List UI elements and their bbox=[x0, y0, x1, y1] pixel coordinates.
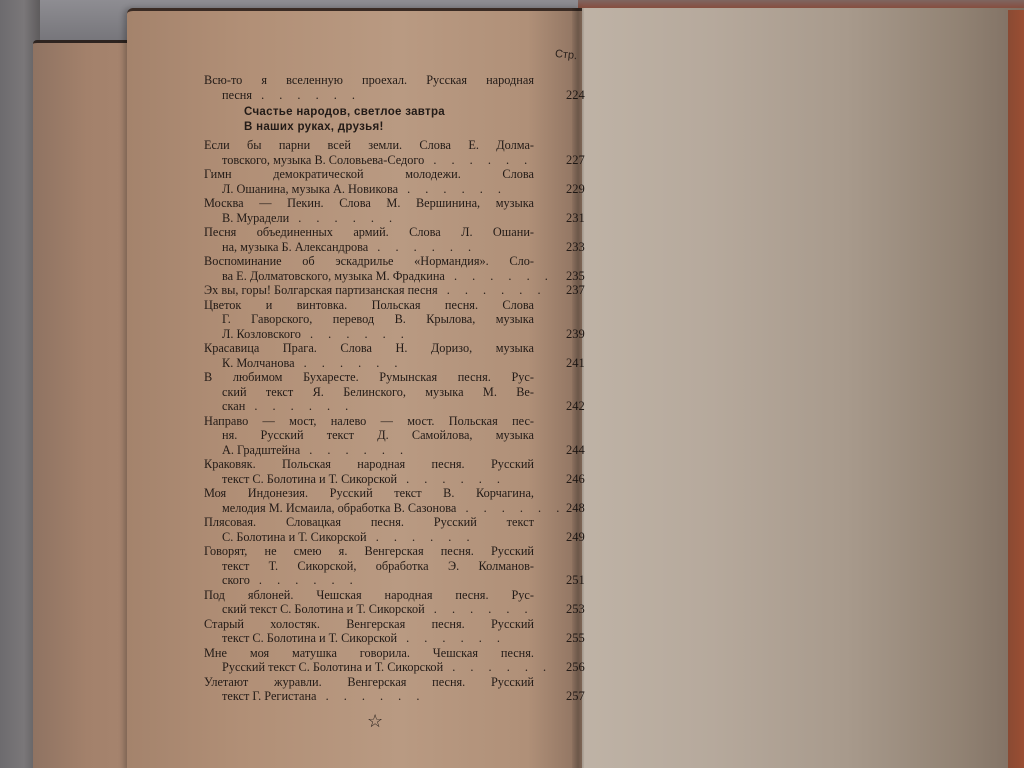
toc-entry-line: текст Т. Сикорской, обработка Э. Колмано… bbox=[204, 559, 534, 574]
toc-entry: Говорят, не смею я. Венгерская песня. Ру… bbox=[204, 544, 534, 588]
toc-entry-line: Цветок и винтовка. Польская песня. Слова bbox=[204, 298, 534, 313]
toc-entry-line: Красавица Прага. Слова Н. Доризо, музыка bbox=[204, 341, 534, 356]
toc-entry: Моя Индонезия. Русский текст В. Корчагин… bbox=[204, 486, 534, 515]
toc-entry: Мне моя матушка говорила. Чешская песня.… bbox=[204, 646, 534, 675]
toc-entry-line: текст С. Болотина и Т. Сикорской . . . .… bbox=[204, 631, 534, 646]
leader-dots: . . . . . . bbox=[245, 399, 354, 413]
toc-entry-line: Песня объединенных армий. Слова Л. Ошани… bbox=[204, 225, 534, 240]
toc-entry: Гимн демократической молодежи. СловаЛ. О… bbox=[204, 167, 534, 196]
toc-entry: Если бы парни всей земли. Слова Е. Долма… bbox=[204, 138, 534, 167]
leader-dots: . . . . . . bbox=[445, 269, 554, 283]
toc-entry: Красавица Прага. Слова Н. Доризо, музыка… bbox=[204, 341, 534, 370]
toc-entry-line: ский текст С. Болотина и Т. Сикорской . … bbox=[204, 602, 534, 617]
toc-entry-line: Воспоминание об эскадрилье «Нормандия». … bbox=[204, 254, 534, 269]
toc-entry: Под яблоней. Чешская народная песня. Рус… bbox=[204, 588, 534, 617]
toc-entry-line: на, музыка Б. Александрова . . . . . . bbox=[204, 240, 534, 255]
toc-entry: Всю-то я вселенную проехал. Русская наро… bbox=[204, 73, 534, 102]
toc-entry: Москва — Пекин. Слова М. Вершинина, музы… bbox=[204, 196, 534, 225]
leader-dots: . . . . . . bbox=[443, 660, 552, 674]
toc-entry-line: Л. Козловского . . . . . . bbox=[204, 327, 534, 342]
leader-dots: . . . . . . bbox=[367, 530, 476, 544]
leader-dots: . . . . . . bbox=[289, 211, 398, 225]
toc-entry-line: мелодия М. Исмаила, обработка В. Сазонов… bbox=[204, 501, 534, 516]
toc-entry-line: ня. Русский текст Д. Самойлова, музыка bbox=[204, 428, 534, 443]
toc-entry-line: Мне моя матушка говорила. Чешская песня. bbox=[204, 646, 534, 661]
toc-entry: Воспоминание об эскадрилье «Нормандия». … bbox=[204, 254, 534, 283]
toc-entry: Направо — мост, налево — мост. Польская … bbox=[204, 414, 534, 458]
toc-entry: Цветок и винтовка. Польская песня. Слова… bbox=[204, 298, 534, 342]
leader-dots: . . . . . . bbox=[398, 182, 507, 196]
toc-entry: Улетают журавли. Венгерская песня. Русск… bbox=[204, 675, 534, 704]
toc-entry-line: скан . . . . . . bbox=[204, 399, 534, 414]
leader-dots: . . . . . . bbox=[368, 240, 477, 254]
toc-entry: В любимом Бухаресте. Румынская песня. Ру… bbox=[204, 370, 534, 414]
star-ornament-icon: ☆ bbox=[367, 711, 383, 732]
toc-entry-line: Эх вы, горы! Болгарская партизанская пес… bbox=[204, 283, 534, 298]
toc-entry-line: Если бы парни всей земли. Слова Е. Долма… bbox=[204, 138, 534, 153]
toc-entry-line: песня . . . . . . bbox=[204, 88, 534, 103]
toc-entries: Всю-то я вселенную проехал. Русская наро… bbox=[204, 73, 534, 704]
toc-entry-line: Москва — Пекин. Слова М. Вершинина, музы… bbox=[204, 196, 534, 211]
leader-dots: . . . . . . bbox=[295, 356, 404, 370]
toc-entry-line: Русский текст С. Болотина и Т. Сикорской… bbox=[204, 660, 534, 675]
toc-entry-line: Плясовая. Словацкая песня. Русский текст bbox=[204, 515, 534, 530]
toc-entry-line: Старый холостяк. Венгерская песня. Русск… bbox=[204, 617, 534, 632]
toc-entry-line: В. Мурадели . . . . . . bbox=[204, 211, 534, 226]
leader-dots: . . . . . . bbox=[424, 153, 533, 167]
spine-shadow bbox=[572, 8, 584, 768]
leader-dots: . . . . . . bbox=[438, 283, 547, 297]
toc-entry-line: Л. Ошанина, музыка А. Новикова . . . . .… bbox=[204, 182, 534, 197]
toc-entry-line: Улетают журавли. Венгерская песня. Русск… bbox=[204, 675, 534, 690]
leader-dots: . . . . . . bbox=[397, 631, 506, 645]
blank-facing-page bbox=[578, 8, 1024, 768]
leader-dots: . . . . . . bbox=[301, 327, 410, 341]
toc-entry-line: Г. Гаворского, перевод В. Крылова, музык… bbox=[204, 312, 534, 327]
leader-dots: . . . . . . bbox=[317, 689, 426, 703]
toc-entry-line: К. Молчанова . . . . . . bbox=[204, 356, 534, 371]
toc-entry: Старый холостяк. Венгерская песня. Русск… bbox=[204, 617, 534, 646]
section-subtitle: В наших руках, друзья! bbox=[204, 120, 534, 135]
leader-dots: . . . . . . bbox=[456, 501, 565, 515]
toc-entry-line: Под яблоней. Чешская народная песня. Рус… bbox=[204, 588, 534, 603]
leader-dots: . . . . . . bbox=[250, 573, 359, 587]
toc-entry-line: С. Болотина и Т. Сикорской . . . . . . bbox=[204, 530, 534, 545]
toc-entry-line: В любимом Бухаресте. Румынская песня. Ру… bbox=[204, 370, 534, 385]
toc-entry-line: Гимн демократической молодежи. Слова bbox=[204, 167, 534, 182]
toc-entry: Плясовая. Словацкая песня. Русский текст… bbox=[204, 515, 534, 544]
toc-entry-line: товского, музыка В. Соловьева-Седого . .… bbox=[204, 153, 534, 168]
toc-entry: Краковяк. Польская народная песня. Русск… bbox=[204, 457, 534, 486]
book-cover-edge-right bbox=[1008, 10, 1024, 768]
toc-entry-line: Направо — мост, налево — мост. Польская … bbox=[204, 414, 534, 429]
toc-entry-line: ский текст Я. Белинского, музыка М. Ве- bbox=[204, 385, 534, 400]
toc-entry-line: Моя Индонезия. Русский текст В. Корчагин… bbox=[204, 486, 534, 501]
toc-entry-line: текст С. Болотина и Т. Сикорской . . . .… bbox=[204, 472, 534, 487]
toc-page: Стр. Всю-то я вселенную проехал. Русская… bbox=[127, 8, 582, 768]
toc-entry-line: ского . . . . . . bbox=[204, 573, 534, 588]
toc-entry: Песня объединенных армий. Слова Л. Ошани… bbox=[204, 225, 534, 254]
section-title: Счастье народов, светлое завтра bbox=[204, 105, 534, 120]
leader-dots: . . . . . . bbox=[252, 88, 361, 102]
toc-entry-line: ва Е. Долматовского, музыка М. Фрадкина … bbox=[204, 269, 534, 284]
toc-entry-line: Краковяк. Польская народная песня. Русск… bbox=[204, 457, 534, 472]
toc-entry-line: А. Градштейна . . . . . . bbox=[204, 443, 534, 458]
leader-dots: . . . . . . bbox=[397, 472, 506, 486]
leader-dots: . . . . . . bbox=[425, 602, 534, 616]
toc-entry-line: текст Г. Регистана . . . . . . bbox=[204, 689, 534, 704]
toc-entry: Эх вы, горы! Болгарская партизанская пес… bbox=[204, 283, 534, 298]
toc-entry-line: Говорят, не смею я. Венгерская песня. Ру… bbox=[204, 544, 534, 559]
leader-dots: . . . . . . bbox=[300, 443, 409, 457]
toc-entry-line: Всю-то я вселенную проехал. Русская наро… bbox=[204, 73, 534, 88]
